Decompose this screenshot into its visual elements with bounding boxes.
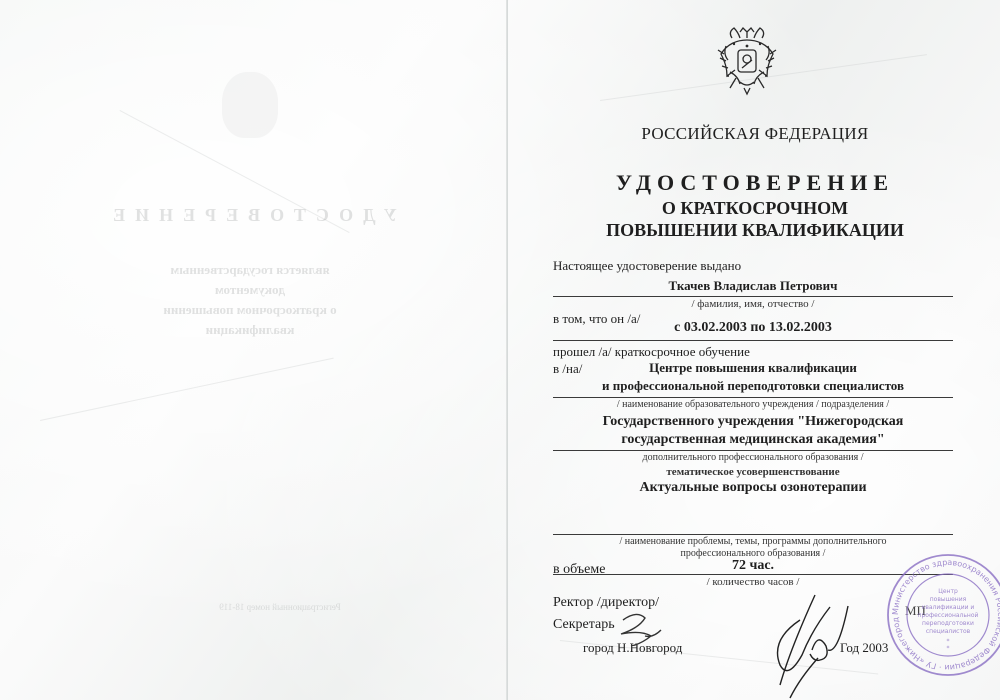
rector-signature [760,590,855,700]
page-fold [506,0,508,700]
institution-caption: / наименование образовательного учрежден… [553,399,953,410]
field-underline [553,296,953,297]
parent-institution-line: Государственного учреждения "Нижегородск… [553,414,953,430]
document-subtitle: ПОВЫШЕНИИ КВАЛИФИКАЦИИ [560,220,950,241]
ghost-line: является государственным [60,262,440,278]
country-heading: РОССИЙСКАЯ ФЕДЕРАЦИЯ [560,124,950,144]
ghost-line: квалификации [60,322,440,338]
secretary-signature [615,612,665,646]
svg-text:переподготовки: переподготовки [922,620,974,627]
field-underline [553,450,953,451]
svg-text:*: * [947,645,950,652]
document-subtitle: О КРАТКОСРОЧНОМ [560,198,950,219]
institution-line: Центре повышения квалификации [553,360,953,376]
field-underline [553,397,953,398]
program-caption: / наименование проблемы, темы, программы… [553,536,953,547]
issued-label: Настоящее удостоверение выдано [553,258,741,274]
field-underline [553,340,953,341]
svg-text:Центр: Центр [938,588,958,595]
parent-caption: дополнительного профессионального образо… [553,452,953,463]
institution-line: и профессиональной переподготовки специа… [553,378,953,394]
name-caption: / фамилия, имя, отчество / [553,298,953,310]
course-name: Актуальные вопросы озонотерапии [553,480,953,496]
official-stamp: Министерство здравоохранения Российской … [886,553,1000,677]
holder-name: Ткачев Владислав Петрович [553,278,953,294]
svg-text:повышения: повышения [930,596,967,603]
document-title: УДОСТОВЕРЕНИЕ [560,170,950,196]
completed-label: прошел /а/ краткосрочное обучение [553,344,750,360]
field-underline [553,534,953,535]
ghost-title: УДОСТОВЕРЕНИЕ [60,205,440,226]
training-period: с 03.02.2003 по 13.02.2003 [553,320,953,336]
secretary-label: Секретарь [553,617,615,633]
parent-institution-line: государственная медицинская академия" [553,432,953,448]
ghost-emblem-icon [222,72,278,138]
svg-text:профессиональной: профессиональной [918,612,979,619]
svg-text:специалистов: специалистов [926,628,971,635]
coat-of-arms-icon [714,26,780,98]
ghost-line: о краткосрочном повышении [60,302,440,318]
rector-label: Ректор /директор/ [553,595,659,611]
ghost-line: документом [60,282,440,298]
svg-text:*: * [947,638,950,645]
svg-text:квалификации и: квалификации и [922,604,975,611]
ghost-footer: Регистрационный номер 18-119 [190,602,370,612]
course-type: тематическое усовершенствование [553,466,953,478]
